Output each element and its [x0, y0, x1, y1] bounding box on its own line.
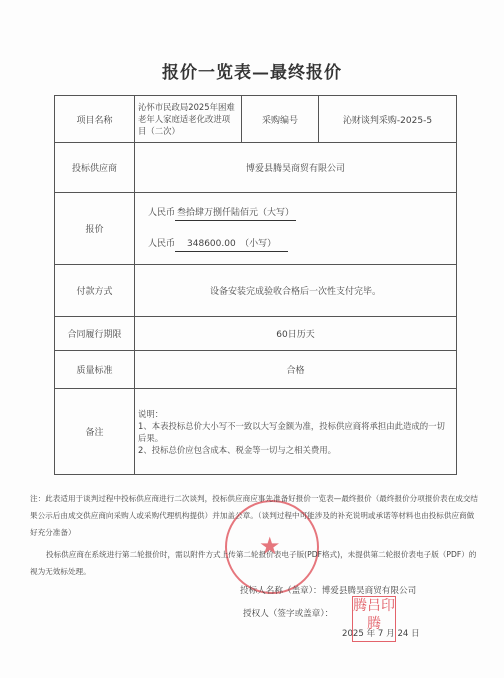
bidder-label: 投标人名称（盖章）： [240, 586, 322, 596]
procurement-no-label: 采购编号 [242, 96, 319, 143]
row-supplier: 投标供应商 博爱县腾昊商贸有限公司 [55, 143, 457, 193]
row-remarks: 备注 说明： 1、本表投标总价大小写不一致以大写金额为准，投标供应商将承担由此造… [55, 389, 457, 475]
price-upper-prefix: 人民币 [148, 208, 175, 218]
row-price: 报价 人民币叁拾肆万捌仟陆佰元（大写） 人民币348600.00 （小写） [55, 193, 457, 265]
term-label: 合同履行期限 [55, 317, 135, 351]
footnote-paragraph-2: 投标供应商在系统进行第二轮报价时，需以附件方式上传第二轮报价表电子版(PDF格式… [30, 546, 480, 580]
price-lower-value: 348600.00 （小写） [175, 237, 288, 252]
price-upper-value: 叁拾肆万捌仟陆佰元（大写） [175, 206, 296, 221]
row-quality: 质量标准 合格 [55, 351, 457, 389]
bidder-value: 博爱县腾昊商贸有限公司 [322, 586, 417, 596]
price-label: 报价 [55, 193, 135, 265]
row-term: 合同履行期限 60日历天 [55, 317, 457, 351]
remarks-item-2: 2、投标总价应包含成本、税金等一切与之相关费用。 [138, 444, 453, 456]
supplier-value: 博爱县腾昊商贸有限公司 [135, 143, 457, 193]
footnote-paragraph-1: 注：此表适用于谈判过程中投标供应商进行二次谈判，投标供应商应事先准备好报价一览表… [30, 490, 480, 541]
project-name-label: 项目名称 [55, 96, 135, 143]
row-payment: 付款方式 设备安装完成验收合格后一次性支付完毕。 [55, 265, 457, 317]
procurement-no-value: 沁财谈判采购-2025-5 [319, 96, 457, 143]
document-title: 报价一览表—最终报价 [0, 58, 504, 83]
remarks-cell: 说明： 1、本表投标总价大小写不一致以大写金额为准，投标供应商将承担由此造成的一… [135, 389, 457, 475]
payment-label: 付款方式 [55, 265, 135, 317]
remarks-title: 说明： [138, 408, 453, 420]
quality-label: 质量标准 [55, 351, 135, 389]
row-project: 项目名称 沁怀市民政局2025年困难老年人家庭适老化改进项目（二次） 采购编号 … [55, 96, 457, 143]
quote-table: 项目名称 沁怀市民政局2025年困难老年人家庭适老化改进项目（二次） 采购编号 … [54, 95, 457, 475]
remarks-item-1: 1、本表投标总价大小写不一致以大写金额为准，投标供应商将承担由此造成的一切后果。 [138, 420, 453, 444]
authorizer-label: 授权人（签字或盖章）： [243, 607, 333, 619]
remarks-label: 备注 [55, 389, 135, 475]
bidder-line: 投标人名称（盖章）：博爱县腾昊商贸有限公司 [240, 584, 416, 596]
quality-value: 合格 [135, 351, 457, 389]
square-personal-seal: 腾吕印腾 [352, 596, 396, 642]
payment-value: 设备安装完成验收合格后一次性支付完毕。 [135, 265, 457, 317]
term-value: 60日历天 [135, 317, 457, 351]
price-cell: 人民币叁拾肆万捌仟陆佰元（大写） 人民币348600.00 （小写） [135, 193, 457, 265]
project-name-value: 沁怀市民政局2025年困难老年人家庭适老化改进项目（二次） [135, 96, 242, 143]
supplier-label: 投标供应商 [55, 143, 135, 193]
price-lower-prefix: 人民币 [148, 239, 175, 249]
